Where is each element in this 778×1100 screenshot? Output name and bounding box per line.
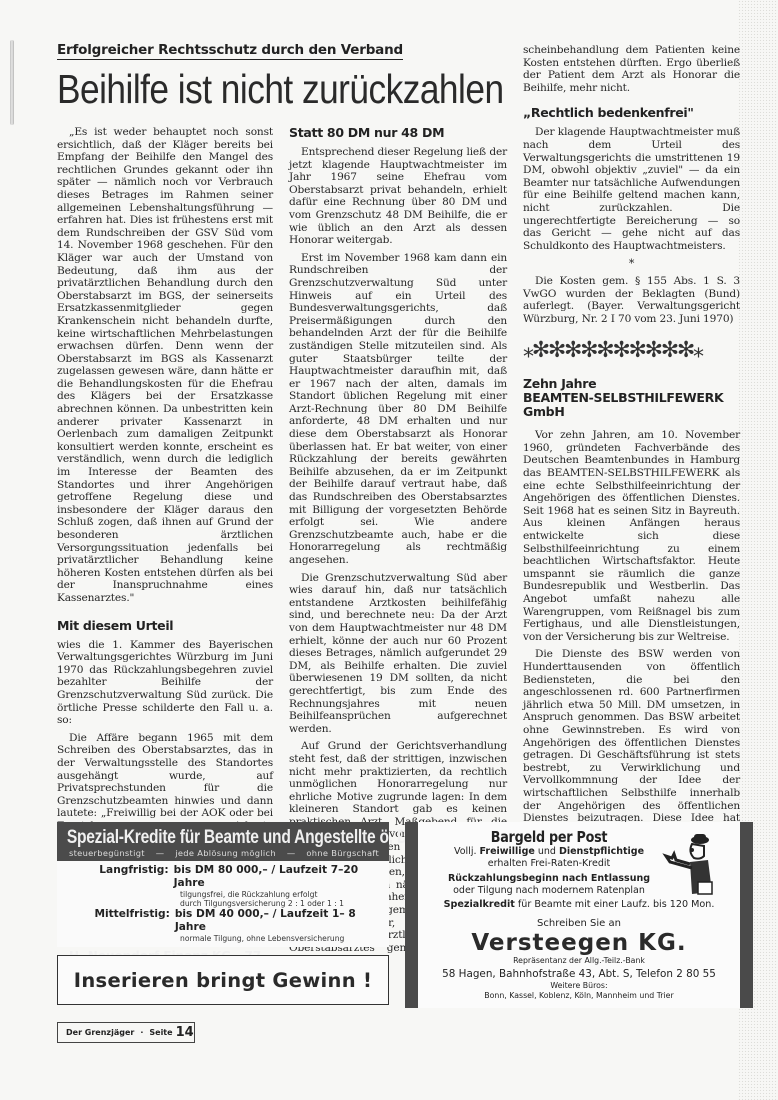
- ad-cash-body: Bargeld per Post Vollj. Freiwillige und …: [418, 822, 740, 1008]
- text: Dienstpflichtige: [559, 846, 644, 857]
- ad-tagline: steuerbegünstigt — jede Ablösung möglich…: [57, 848, 389, 858]
- page-label: Seite: [149, 1028, 172, 1037]
- ad-cash-firm: Versteegen KG.: [418, 930, 740, 956]
- subheading: Statt 80 DM nur 48 DM: [289, 126, 507, 140]
- term-mid: Mittelfristig: bis DM 40 000,– / Laufzei…: [57, 908, 381, 934]
- star-divider: ⁎✻✻✻✻✻✻✻✻✻✻⁎: [523, 339, 740, 363]
- term-value: bis DM 40 000,– / Laufzeit 1– 8 Jahre: [175, 908, 381, 934]
- ad-insert-text: Inserieren bringt Gewinn !: [74, 969, 372, 992]
- article-column-3: scheinbehandlung dem Patienten keine Kos…: [523, 44, 740, 888]
- ad-cash-offices: Bonn, Kassel, Koblenz, Köln, Mannheim un…: [418, 991, 740, 1001]
- paragraph: Der klagende Hauptwachtmeister muß nach …: [523, 126, 740, 252]
- paragraph: Die Kosten gem. § 155 Abs. 1 S. 3 VwGO w…: [523, 275, 740, 325]
- ad-terms: Langfristig: bis DM 80 000,– / Laufzeit …: [57, 861, 389, 947]
- article-kicker: Erfolgreicher Rechtsschutz durch den Ver…: [57, 42, 403, 60]
- paragraph: Die Dienste des BSW werden von Hundertta…: [523, 648, 740, 850]
- ad-tag: steuerbegünstigt: [69, 848, 145, 858]
- bsw-heading-line: BEAMTEN-SELBSTHILFEWERK: [523, 390, 723, 405]
- term-label: Mittelfristig:: [57, 908, 175, 934]
- term-label: Langfristig:: [57, 864, 174, 890]
- paragraph: scheinbehandlung dem Patienten keine Kos…: [523, 44, 740, 94]
- page-footer: Der Grenzjäger · Seite 14: [57, 1022, 195, 1043]
- text: Spezialkredit: [444, 899, 515, 910]
- text: Vollj.: [454, 846, 480, 857]
- article-column-1: „Es ist weder behauptet noch sonst ersic…: [57, 126, 273, 926]
- ad-inserieren: Inserieren bringt Gewinn !: [57, 955, 389, 1005]
- term-note: tilgungsfrei, die Rückzahlung erfolgt: [57, 890, 381, 899]
- paragraph: Entsprechend dieser Regelung ließ der je…: [289, 146, 507, 247]
- ad-special-credits: Spezial-Kredite für Beamte und Angestell…: [57, 822, 389, 945]
- bsw-heading-line: GmbH: [523, 404, 565, 419]
- subheading: Mit diesem Urteil: [57, 619, 273, 633]
- term-note: durch Tilgungsversicherung 2 : 1 oder 1 …: [57, 899, 381, 908]
- footer-separator: ·: [140, 1028, 143, 1037]
- paragraph: Erst im November 1968 kam dann ein Runds…: [289, 252, 507, 567]
- ad-cash-address: 58 Hagen, Bahnhofstraße 43, Abt. S, Tele…: [418, 968, 740, 981]
- term-long: Langfristig: bis DM 80 000,– / Laufzeit …: [57, 864, 381, 890]
- ad-cash-cta: Schreiben Sie an: [418, 918, 740, 929]
- ad-tag-sep: —: [287, 848, 296, 858]
- bsw-heading-line: Zehn Jahre: [523, 376, 596, 391]
- ad-tag: jede Ablösung möglich: [175, 848, 276, 858]
- paragraph: Vor zehn Jahren, am 10. November 1960, g…: [523, 429, 740, 643]
- text: Freiwillige: [480, 846, 535, 857]
- term-value: bis DM 80 000,– / Laufzeit 7–20 Jahre: [174, 864, 381, 890]
- binding-edge: [10, 40, 14, 125]
- text: und: [535, 846, 559, 857]
- term-note: normale Tilgung, ohne Lebensversicherung: [57, 934, 381, 943]
- ad-cash-offices-label: Weitere Büros:: [418, 981, 740, 991]
- ad-title: Spezial-Kredite für Beamte und Angestell…: [57, 822, 329, 849]
- paragraph: „Es ist weder behauptet noch sonst ersic…: [57, 126, 273, 605]
- subheading: „Rechtlich bedenkenfrei": [523, 106, 740, 120]
- publication-name: Der Grenzjäger: [66, 1028, 134, 1037]
- asterisk-separator: *: [523, 258, 740, 271]
- bsw-heading: Zehn Jahre BEAMTEN-SELBSTHILFEWERK GmbH: [523, 377, 740, 419]
- ad-cash-rep: Repräsentanz der Allg.-Teilz.-Bank: [418, 956, 740, 966]
- ad-cash-title: Bargeld per Post: [387, 822, 712, 846]
- ad-tag-sep: —: [156, 848, 165, 858]
- article-headline: Beihilfe ist nicht zurückzahlen: [57, 66, 504, 113]
- paragraph: wies die 1. Kammer des Bayerischen Verwa…: [57, 639, 273, 727]
- paragraph: Die Grenzschutzverwaltung Süd aber wies …: [289, 572, 507, 736]
- page-number: 14: [176, 1025, 194, 1040]
- ad-bargeld-per-post: Bargeld per Post Vollj. Freiwillige und …: [405, 822, 753, 1008]
